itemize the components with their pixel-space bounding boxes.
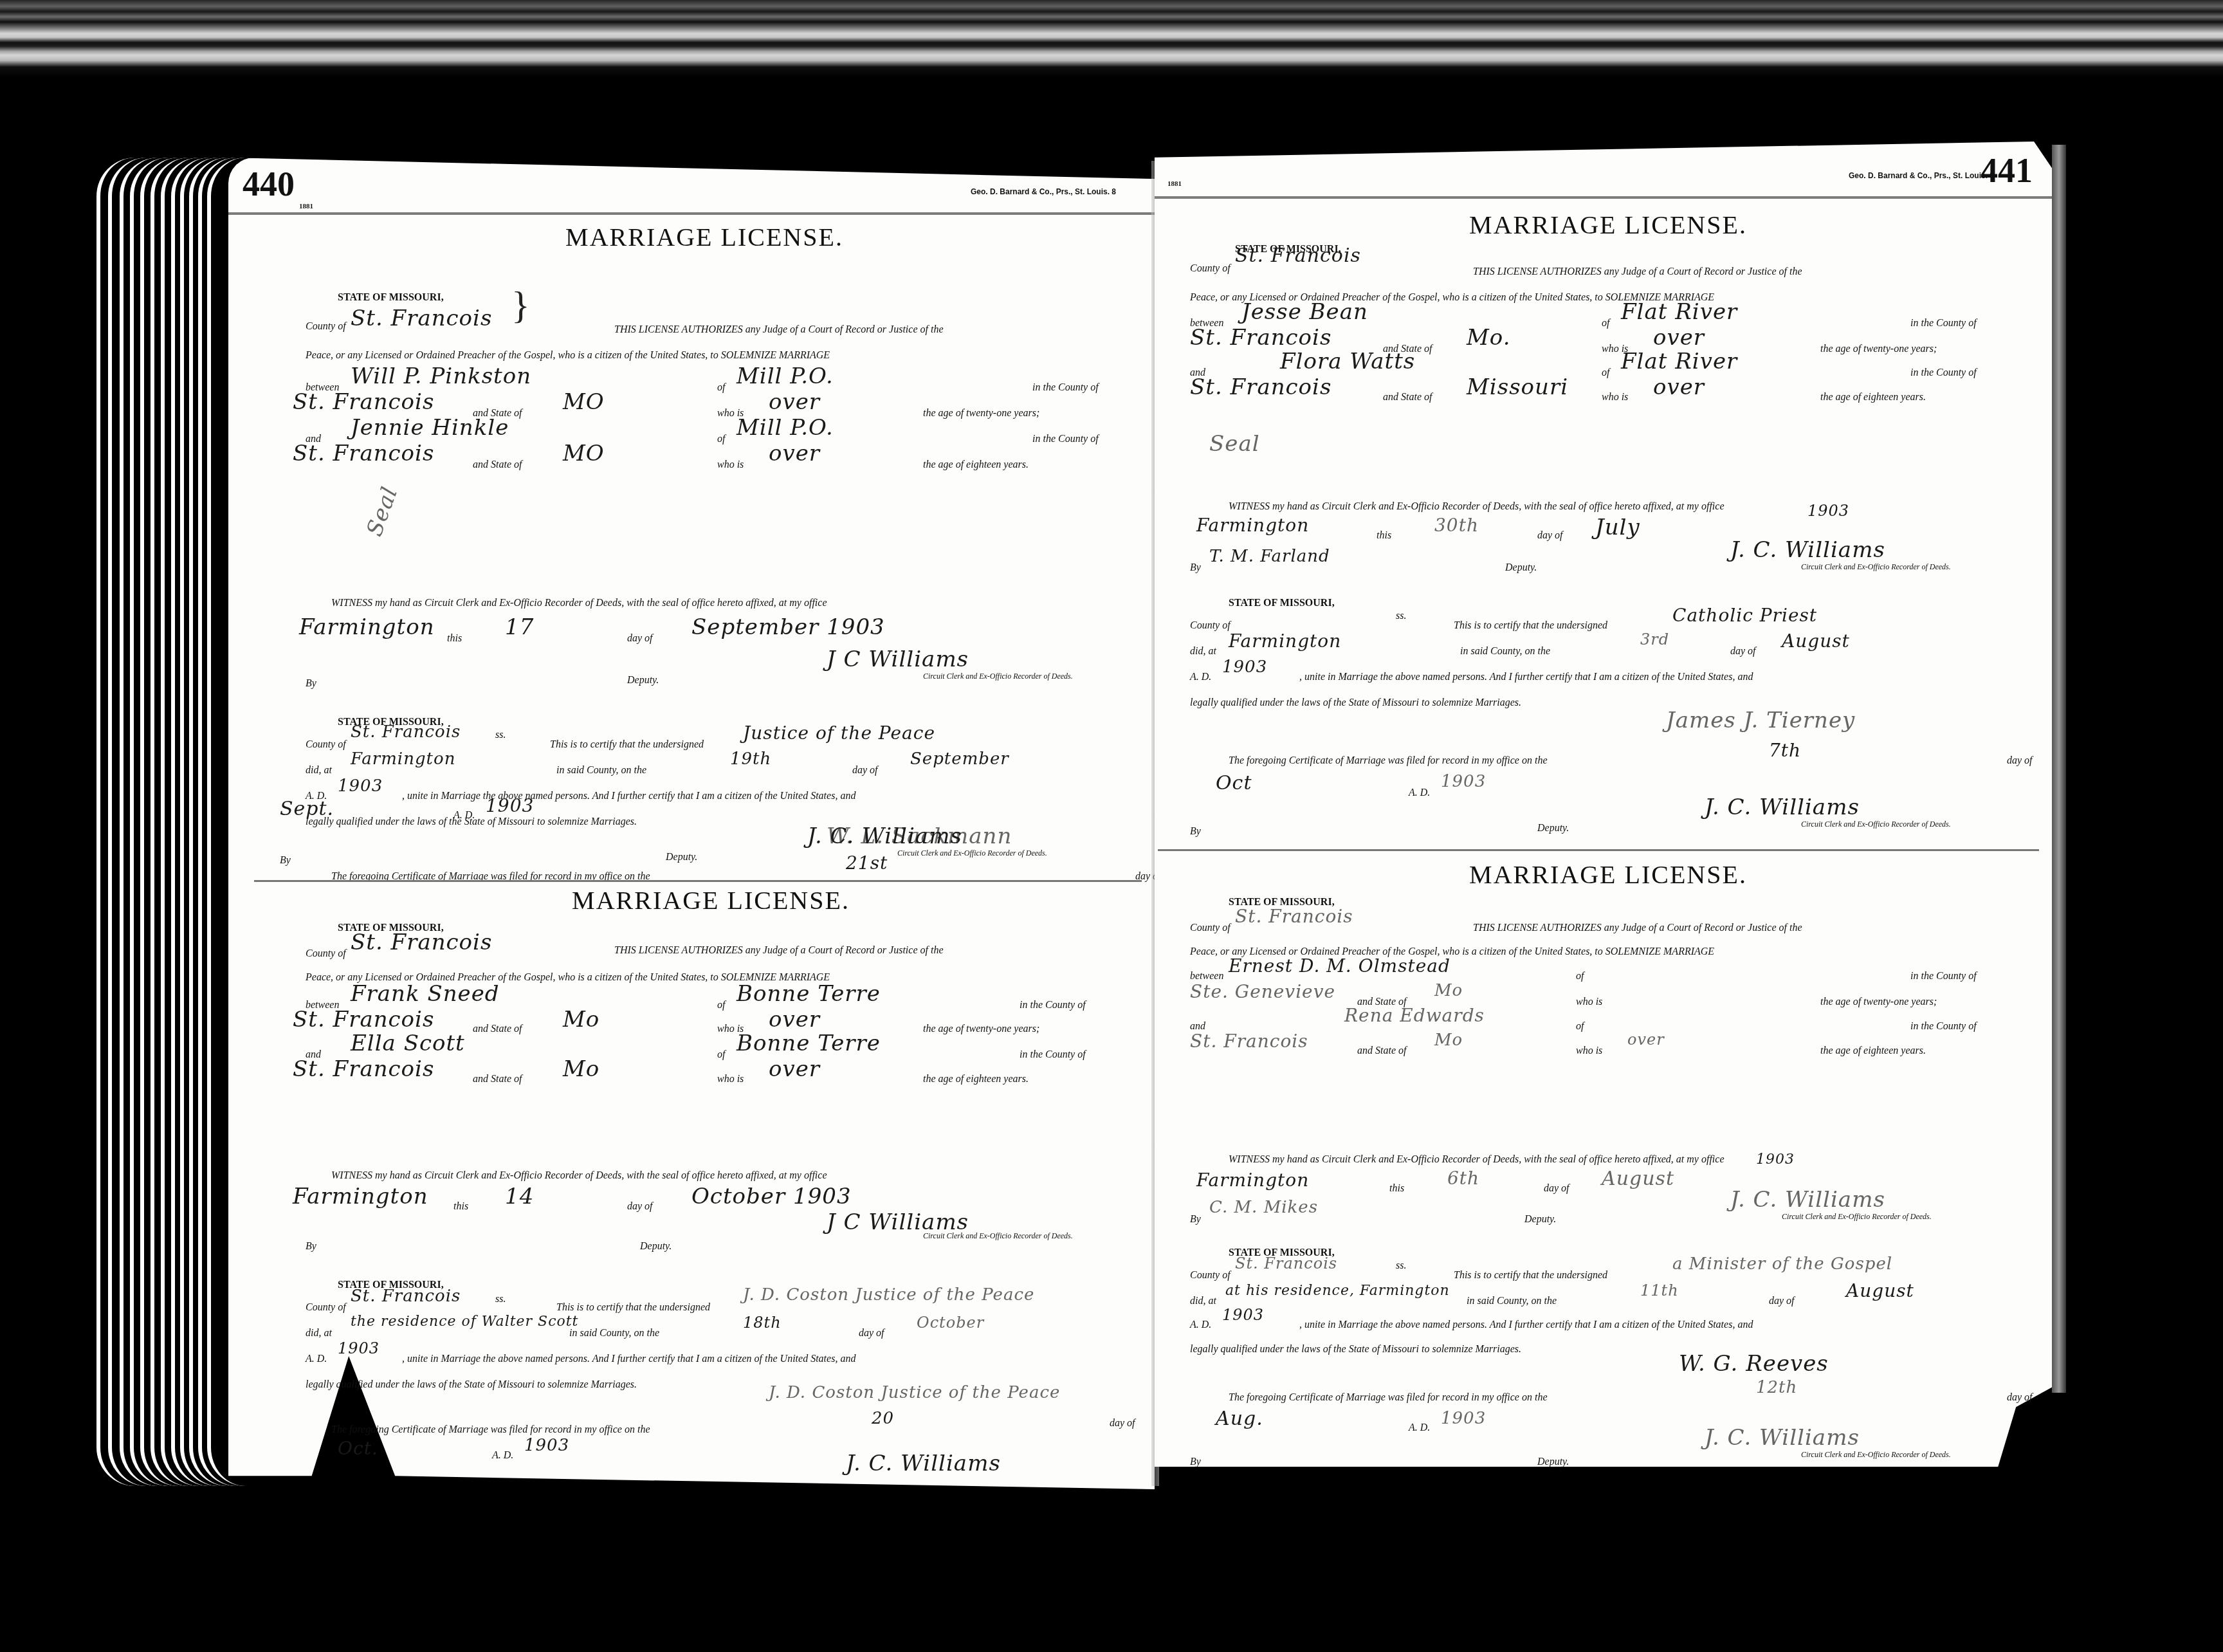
day-of-label: day of (859, 1328, 884, 1339)
groom-name: Jesse Bean (1241, 299, 1368, 325)
in-county-label: in the County of (1910, 1022, 1977, 1032)
state-label: STATE OF MISSOURI, (338, 293, 444, 303)
bride-state: MO (563, 441, 605, 466)
age-21-text: the age of twenty-one years; (923, 408, 1039, 419)
county-label: County of (1190, 621, 1230, 631)
in-county-label: in the County of (1910, 368, 1977, 378)
authorizes-text: THIS LICENSE AUTHORIZES any Judge of a C… (614, 325, 944, 335)
cert-county: St. Francois (351, 722, 461, 742)
county-label: County of (306, 322, 346, 332)
page-number: 441 (1981, 151, 2033, 190)
county-label: County of (306, 949, 346, 959)
county-label: County of (1190, 923, 1230, 933)
deputy-label: Deputy. (1537, 1457, 1569, 1467)
cert-year: 1903 (1222, 657, 1267, 677)
cert-place: Farmington (1229, 630, 1341, 652)
cert-month: September (910, 749, 1009, 769)
bride-name: Flora Watts (1280, 349, 1415, 374)
witness-text: WITNESS my hand as Circuit Clerk and Ex-… (331, 1171, 827, 1181)
page-stack-edges (96, 158, 244, 1486)
and-state-label: and State of (473, 1074, 522, 1085)
of-label: of (717, 383, 725, 393)
clerk-title: Circuit Clerk and Ex-Officio Recorder of… (1801, 1451, 1951, 1458)
ledger-page-440-lower: Sept. A. D. 1903 J. C. Williams By Deput… (280, 772, 1142, 1480)
cert-month: August (1846, 1280, 1914, 1301)
filed-clerk-signature: J. C. Williams (807, 823, 962, 849)
groom-county: Ste. Genevieve (1190, 981, 1335, 1002)
age-21-text: the age of twenty-one years; (1820, 344, 1937, 354)
day-of-label: day of (1769, 1296, 1795, 1307)
unite-text: , unite in Marriage the above named pers… (1299, 1320, 1753, 1330)
who-is-label: who is (717, 460, 744, 470)
county-label: County of (1190, 264, 1230, 274)
ss-label: ss. (1396, 611, 1406, 621)
cert-place: the residence of Walter Scott (351, 1314, 578, 1330)
qualified-text: legally qualified under the laws of the … (306, 1380, 637, 1390)
deputy-label: Deputy. (666, 852, 697, 863)
deputy-label: Deputy. (1537, 823, 1569, 834)
filed-clerk-signature: J. C. Williams (1705, 1425, 1860, 1451)
printer-imprint: Geo. D. Barnard & Co., Prs., St. Louis. … (1849, 171, 1994, 180)
by-label: By (1190, 563, 1201, 573)
by-label: By (306, 1242, 316, 1252)
filed-clerk-signature: J. C. Williams (1705, 794, 1860, 820)
county-label: County of (306, 1303, 346, 1313)
of-label: of (717, 1000, 725, 1011)
foregoing-text: The foregoing Certificate of Marriage wa… (331, 1425, 650, 1435)
unite-text: , unite in Marriage the above named pers… (1299, 672, 1753, 683)
bride-age: over (1627, 1031, 1665, 1049)
who-is-label: who is (717, 1074, 744, 1085)
age-18-text: the age of eighteen years. (923, 1074, 1029, 1085)
filed-year: 1903 (486, 795, 534, 816)
seal-note: Seal (361, 483, 403, 540)
who-is-label: who is (1602, 392, 1628, 403)
clerk-signature: J. C. Williams (1730, 1187, 1885, 1213)
in-county-label: in the County of (1910, 318, 1977, 329)
day-of-label: day of (627, 1202, 653, 1212)
ad-label: A. D. (492, 1451, 513, 1461)
qualified-text: legally qualified under the laws of the … (1190, 698, 1521, 708)
record-divider (254, 880, 1142, 882)
officiant-signature: J. D. Coston Justice of the Peace (769, 1383, 1060, 1402)
ledger-page-441-content: MARRIAGE LICENSE. STATE OF MISSOURI, Cou… (1177, 193, 2039, 1480)
bride-age: over (769, 441, 820, 466)
and-state-label: and State of (473, 460, 522, 470)
cert-month: August (1782, 630, 1850, 652)
clerk-title: Circuit Clerk and Ex-Officio Recorder of… (923, 672, 1073, 680)
bride-county: St. Francois (293, 441, 434, 466)
brace: } (511, 283, 530, 327)
and-state-label: and State of (473, 1024, 522, 1034)
seal-note: Seal (1209, 431, 1260, 457)
bride-state: Mo (563, 1056, 599, 1082)
day-of-label: day of (1537, 531, 1563, 541)
foregoing-text: The foregoing Certificate of Marriage wa… (1229, 756, 1548, 766)
foregoing-text: The foregoing Certificate of Marriage wa… (1229, 1393, 1548, 1403)
by-label: By (1190, 1215, 1201, 1225)
groom-state: Mo (1434, 981, 1463, 1000)
deputy-label: Deputy. (1524, 1215, 1556, 1225)
this-label: this (447, 634, 462, 644)
witness-deputy: C. M. Mikes (1209, 1198, 1318, 1217)
this-label: this (1389, 1184, 1404, 1194)
by-label: By (1190, 1457, 1201, 1467)
day-of-label: day of (1730, 647, 1756, 657)
age-21-text: the age of twenty-one years; (1820, 997, 1937, 1007)
county-label: County of (306, 740, 346, 750)
groom-name: Will P. Pinkston (351, 363, 531, 389)
did-at-label: did, at (1190, 1296, 1216, 1307)
between-label: between (1190, 971, 1223, 982)
cert-county: St. Francois (351, 1287, 461, 1306)
by-label: By (1190, 827, 1201, 837)
cert-place: Farmington (351, 749, 455, 769)
county-value: St. Francois (1235, 244, 1361, 267)
groom-age: over (1653, 325, 1705, 351)
clerk-title: Circuit Clerk and Ex-Officio Recorder of… (897, 849, 1047, 857)
this-label: this (453, 1202, 468, 1212)
unite-text: , unite in Marriage the above named pers… (402, 1354, 855, 1364)
age-18-text: the age of eighteen years. (923, 460, 1029, 470)
witness-text: WITNESS my hand as Circuit Clerk and Ex-… (1229, 502, 1724, 512)
ad-label: A. D. (1190, 672, 1211, 683)
did-at-label: did, at (306, 1328, 332, 1339)
filed-day: 7th (1769, 740, 1801, 761)
of-label: of (1576, 971, 1584, 982)
groom-county: St. Francois (293, 1007, 434, 1032)
witness-day: 17 (505, 614, 534, 640)
ss-label: ss. (1396, 1261, 1406, 1271)
deputy-label: Deputy. (1505, 563, 1537, 573)
cert-day: 3rd (1640, 630, 1669, 648)
clerk-title: Circuit Clerk and Ex-Officio Recorder of… (1782, 1213, 1932, 1220)
authorizes-text: THIS LICENSE AUTHORIZES any Judge of a C… (1473, 923, 1802, 933)
ad-label: A. D. (1409, 1423, 1430, 1433)
groom-name: Ernest D. M. Olmstead (1229, 955, 1450, 977)
of-label: of (1602, 318, 1609, 329)
this-label: this (1377, 531, 1391, 541)
bride-age: over (769, 1056, 820, 1082)
witness-day: 30th (1434, 515, 1479, 536)
microfilm-frame-edge (0, 0, 2223, 77)
bride-name: Ella Scott (351, 1031, 465, 1056)
age-18-text: the age of eighteen years. (1820, 1046, 1926, 1056)
of-label: of (1602, 368, 1609, 378)
printer-imprint: Geo. D. Barnard & Co., Prs., St. Louis. … (971, 187, 1116, 196)
groom-age: over (769, 389, 820, 415)
record-title: MARRIAGE LICENSE. (280, 222, 1129, 252)
day-of-label: day of (1110, 1418, 1135, 1429)
of-label: of (1576, 1022, 1584, 1032)
witness-place: Farmington (1196, 515, 1309, 536)
bride-county: St. Francois (1190, 374, 1331, 400)
who-is-label: who is (1576, 1046, 1602, 1056)
groom-age: over (769, 1007, 820, 1032)
groom-county: St. Francois (1190, 325, 1331, 351)
bride-age: over (1653, 374, 1705, 400)
by-label: By (306, 679, 316, 689)
filed-clerk-signature: J. C. Williams (846, 1451, 1001, 1476)
age-18-text: the age of eighteen years. (1820, 392, 1926, 403)
state-label: STATE OF MISSOURI, (1229, 598, 1335, 609)
ad-label: A. D. (1190, 1320, 1211, 1330)
by-label: By (280, 856, 291, 866)
clerk-title: Circuit Clerk and Ex-Officio Recorder of… (1801, 563, 1951, 571)
in-county-label: in the County of (1020, 1000, 1086, 1011)
filed-day: 20 (872, 1409, 894, 1428)
witness-place: Farmington (1196, 1170, 1309, 1191)
bride-residence: Mill P.O. (736, 415, 834, 441)
groom-state: MO (563, 389, 605, 415)
witness-month-year: September 1903 (691, 614, 885, 640)
officiant-title: a Minister of the Gospel (1672, 1254, 1892, 1274)
clerk-signature: J. C. Williams (1730, 537, 1885, 563)
officiant-title: Catholic Priest (1672, 605, 1817, 626)
bride-name: Rena Edwards (1344, 1005, 1485, 1026)
authorizes-text: THIS LICENSE AUTHORIZES any Judge of a C… (614, 946, 944, 956)
ss-label: ss. (495, 730, 506, 740)
record-title: MARRIAGE LICENSE. (280, 885, 1142, 915)
witness-deputy: T. M. Farland (1209, 547, 1330, 566)
day-of-label: day of (1544, 1184, 1569, 1194)
witness-year: 1903 (1756, 1152, 1795, 1168)
groom-county: St. Francois (293, 389, 434, 415)
filed-year: 1903 (524, 1436, 569, 1455)
who-is-label: who is (1576, 997, 1602, 1007)
cert-county: St. Francois (1235, 1254, 1337, 1272)
ad-label: A. D. (453, 811, 475, 821)
age-21-text: the age of twenty-one years; (923, 1024, 1039, 1034)
and-state-label: and State of (1383, 392, 1432, 403)
ad-label: A. D. (1409, 788, 1430, 798)
filed-year: 1903 (1441, 1409, 1486, 1428)
filed-year: 1903 (1441, 772, 1486, 791)
groom-residence: Mill P.O. (736, 363, 834, 389)
filed-month: Aug. (1216, 1408, 1263, 1430)
groom-residence: Bonne Terre (736, 981, 881, 1007)
witness-text: WITNESS my hand as Circuit Clerk and Ex-… (1229, 1155, 1724, 1165)
cert-place: at his residence, Farmington (1225, 1283, 1450, 1299)
deputy-label: Deputy. (627, 675, 659, 686)
filed-day: 12th (1756, 1378, 1797, 1397)
in-said-county-text: in said County, on the (1460, 647, 1550, 657)
bride-state: Mo (1434, 1031, 1463, 1050)
county-label: County of (1190, 1271, 1230, 1281)
certify-text: This is to certify that the undersigned (1454, 1271, 1607, 1281)
clerk-title: Circuit Clerk and Ex-Officio Recorder of… (1801, 820, 1951, 828)
bride-county: St. Francois (1190, 1031, 1308, 1052)
qualified-text: legally qualified under the laws of the … (1190, 1345, 1521, 1355)
bride-residence: Bonne Terre (736, 1031, 881, 1056)
cert-day: 18th (743, 1314, 782, 1332)
cert-year: 1903 (338, 1339, 380, 1357)
county-value: St. Francois (351, 306, 492, 331)
groom-state: Mo (563, 1007, 599, 1032)
cert-year: 1903 (1222, 1306, 1264, 1324)
bride-residence: Flat River (1621, 349, 1737, 374)
deputy-label: Deputy. (640, 1242, 672, 1252)
bride-state: Missouri (1467, 374, 1568, 400)
witness-month: August (1602, 1168, 1674, 1190)
in-county-label: in the County of (1020, 1050, 1086, 1060)
of-label: of (717, 434, 725, 445)
county-value: St. Francois (351, 930, 492, 955)
clerk-signature: J C Williams (827, 647, 969, 672)
certify-text: This is to certify that the undersigned (550, 740, 704, 750)
witness-day: 14 (505, 1184, 534, 1209)
witness-day: 6th (1447, 1168, 1479, 1189)
cert-day: 19th (730, 749, 771, 769)
bride-name: Jennie Hinkle (351, 415, 509, 441)
cert-month: October (917, 1314, 984, 1332)
groom-name: Frank Sneed (351, 981, 500, 1007)
form-number: 1881 (1167, 180, 1182, 188)
certify-text: This is to certify that the undersigned (1454, 621, 1607, 631)
right-page-edge (2052, 145, 2066, 1393)
ss-label: ss. (495, 1294, 506, 1305)
officiant-title: Justice of the Peace (743, 722, 935, 744)
filed-month: Oct (1216, 772, 1252, 794)
witness-month: July (1595, 515, 1640, 540)
witness-year: 1903 (1807, 502, 1849, 520)
authorizes-text-2: Peace, or any Licensed or Ordained Preac… (306, 351, 830, 361)
record-divider (1158, 849, 2039, 851)
witness-place: Farmington (293, 1184, 428, 1209)
bride-county: St. Francois (293, 1056, 434, 1082)
clerk-title: Circuit Clerk and Ex-Officio Recorder of… (923, 1232, 1073, 1240)
officiant-signature: James J. Tierney (1666, 708, 1855, 733)
cert-day: 11th (1640, 1281, 1679, 1299)
filed-month: Sept. (280, 798, 334, 820)
and-state-label: and State of (1357, 1046, 1406, 1056)
groom-residence: Flat River (1621, 299, 1737, 325)
officiant-signature: W. G. Reeves (1679, 1351, 1829, 1377)
witness-place: Farmington (299, 614, 435, 640)
authorizes-text: THIS LICENSE AUTHORIZES any Judge of a C… (1473, 267, 1802, 277)
witness-month-year: October 1903 (691, 1184, 852, 1209)
page-number: 440 (242, 164, 295, 204)
groom-state: Mo. (1467, 325, 1511, 351)
day-of-label: day of (2007, 756, 2033, 766)
record-title: MARRIAGE LICENSE. (1177, 210, 2039, 240)
certify-text: This is to certify that the undersigned (556, 1303, 710, 1313)
in-county-label: in the County of (1032, 383, 1099, 393)
of-label: of (717, 1050, 725, 1060)
day-of-label: day of (627, 634, 653, 644)
in-said-county-text: in said County, on the (1467, 1296, 1557, 1307)
did-at-label: did, at (1190, 647, 1216, 657)
ad-label: A. D. (306, 1354, 327, 1364)
day-of-label: day of (2007, 1393, 2033, 1403)
officiant-title: J. D. Coston Justice of the Peace (743, 1285, 1034, 1305)
county-value: St. Francois (1235, 906, 1353, 927)
record-title: MARRIAGE LICENSE. (1177, 859, 2039, 890)
in-county-label: in the County of (1032, 434, 1099, 445)
in-said-county-text: in said County, on the (569, 1328, 659, 1339)
in-county-label: in the County of (1910, 971, 1977, 982)
filed-month: Oct. (338, 1438, 378, 1459)
witness-text: WITNESS my hand as Circuit Clerk and Ex-… (331, 598, 827, 609)
